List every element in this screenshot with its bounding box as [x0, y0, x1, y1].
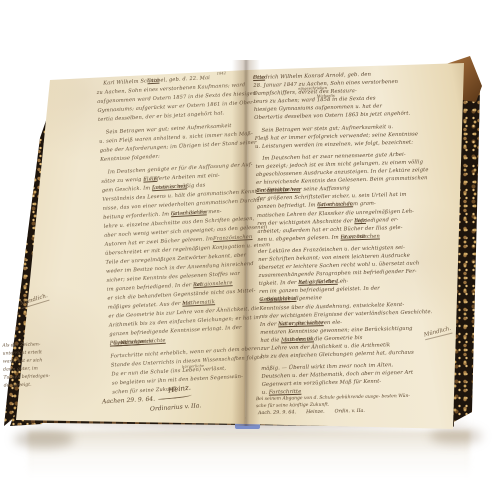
right-signature-role: Ordin. v. IIa.: [335, 409, 365, 415]
reflection-smudge-right: [430, 428, 482, 444]
left-margin-annotation: Als der Zeichen-unterricht erteiltward, …: [2, 339, 99, 390]
right-paragraph-3: Im Deutschen hat er zwar nennenswerte gu…: [255, 149, 451, 243]
right-paragraph-5: mäßig. — Überall wirkt ihm zwar noch im …: [261, 360, 456, 398]
right-paragraph-2: Sein Betragen war stets gut; Aufmerksamk…: [254, 121, 449, 151]
right-date-text: Aach. 29. 9. 64.: [258, 410, 296, 416]
right-page-text: Otto Friedrich Wilhelm Konrad Arnold, ge…: [253, 69, 456, 402]
photo-background: Karl Wilhelm Otto Schnabel, geb. d. 22. …: [0, 0, 500, 500]
left-paragraph-2: Sein Betragen war gut; seine Aufmerksamk…: [99, 121, 247, 165]
left-paragraph-1: Karl Wilhelm Otto Schnabel, geb. d. 22. …: [96, 72, 244, 125]
left-paragraph-3: Im Deutschen genügte er für die Auffassu…: [101, 161, 256, 348]
right-paragraph-4: der Lektüre des Französischen u. der wic…: [258, 242, 455, 361]
reflection-smudge-left: [14, 430, 74, 448]
right-signature: Heinze.: [306, 410, 325, 415]
table-reflection: [28, 431, 470, 483]
right-paragraph-1: Otto Friedrich Wilhelm Konrad Arnold, ge…: [253, 69, 448, 123]
left-page-text: Karl Wilhelm Otto Schnabel, geb. d. 22. …: [96, 72, 259, 401]
